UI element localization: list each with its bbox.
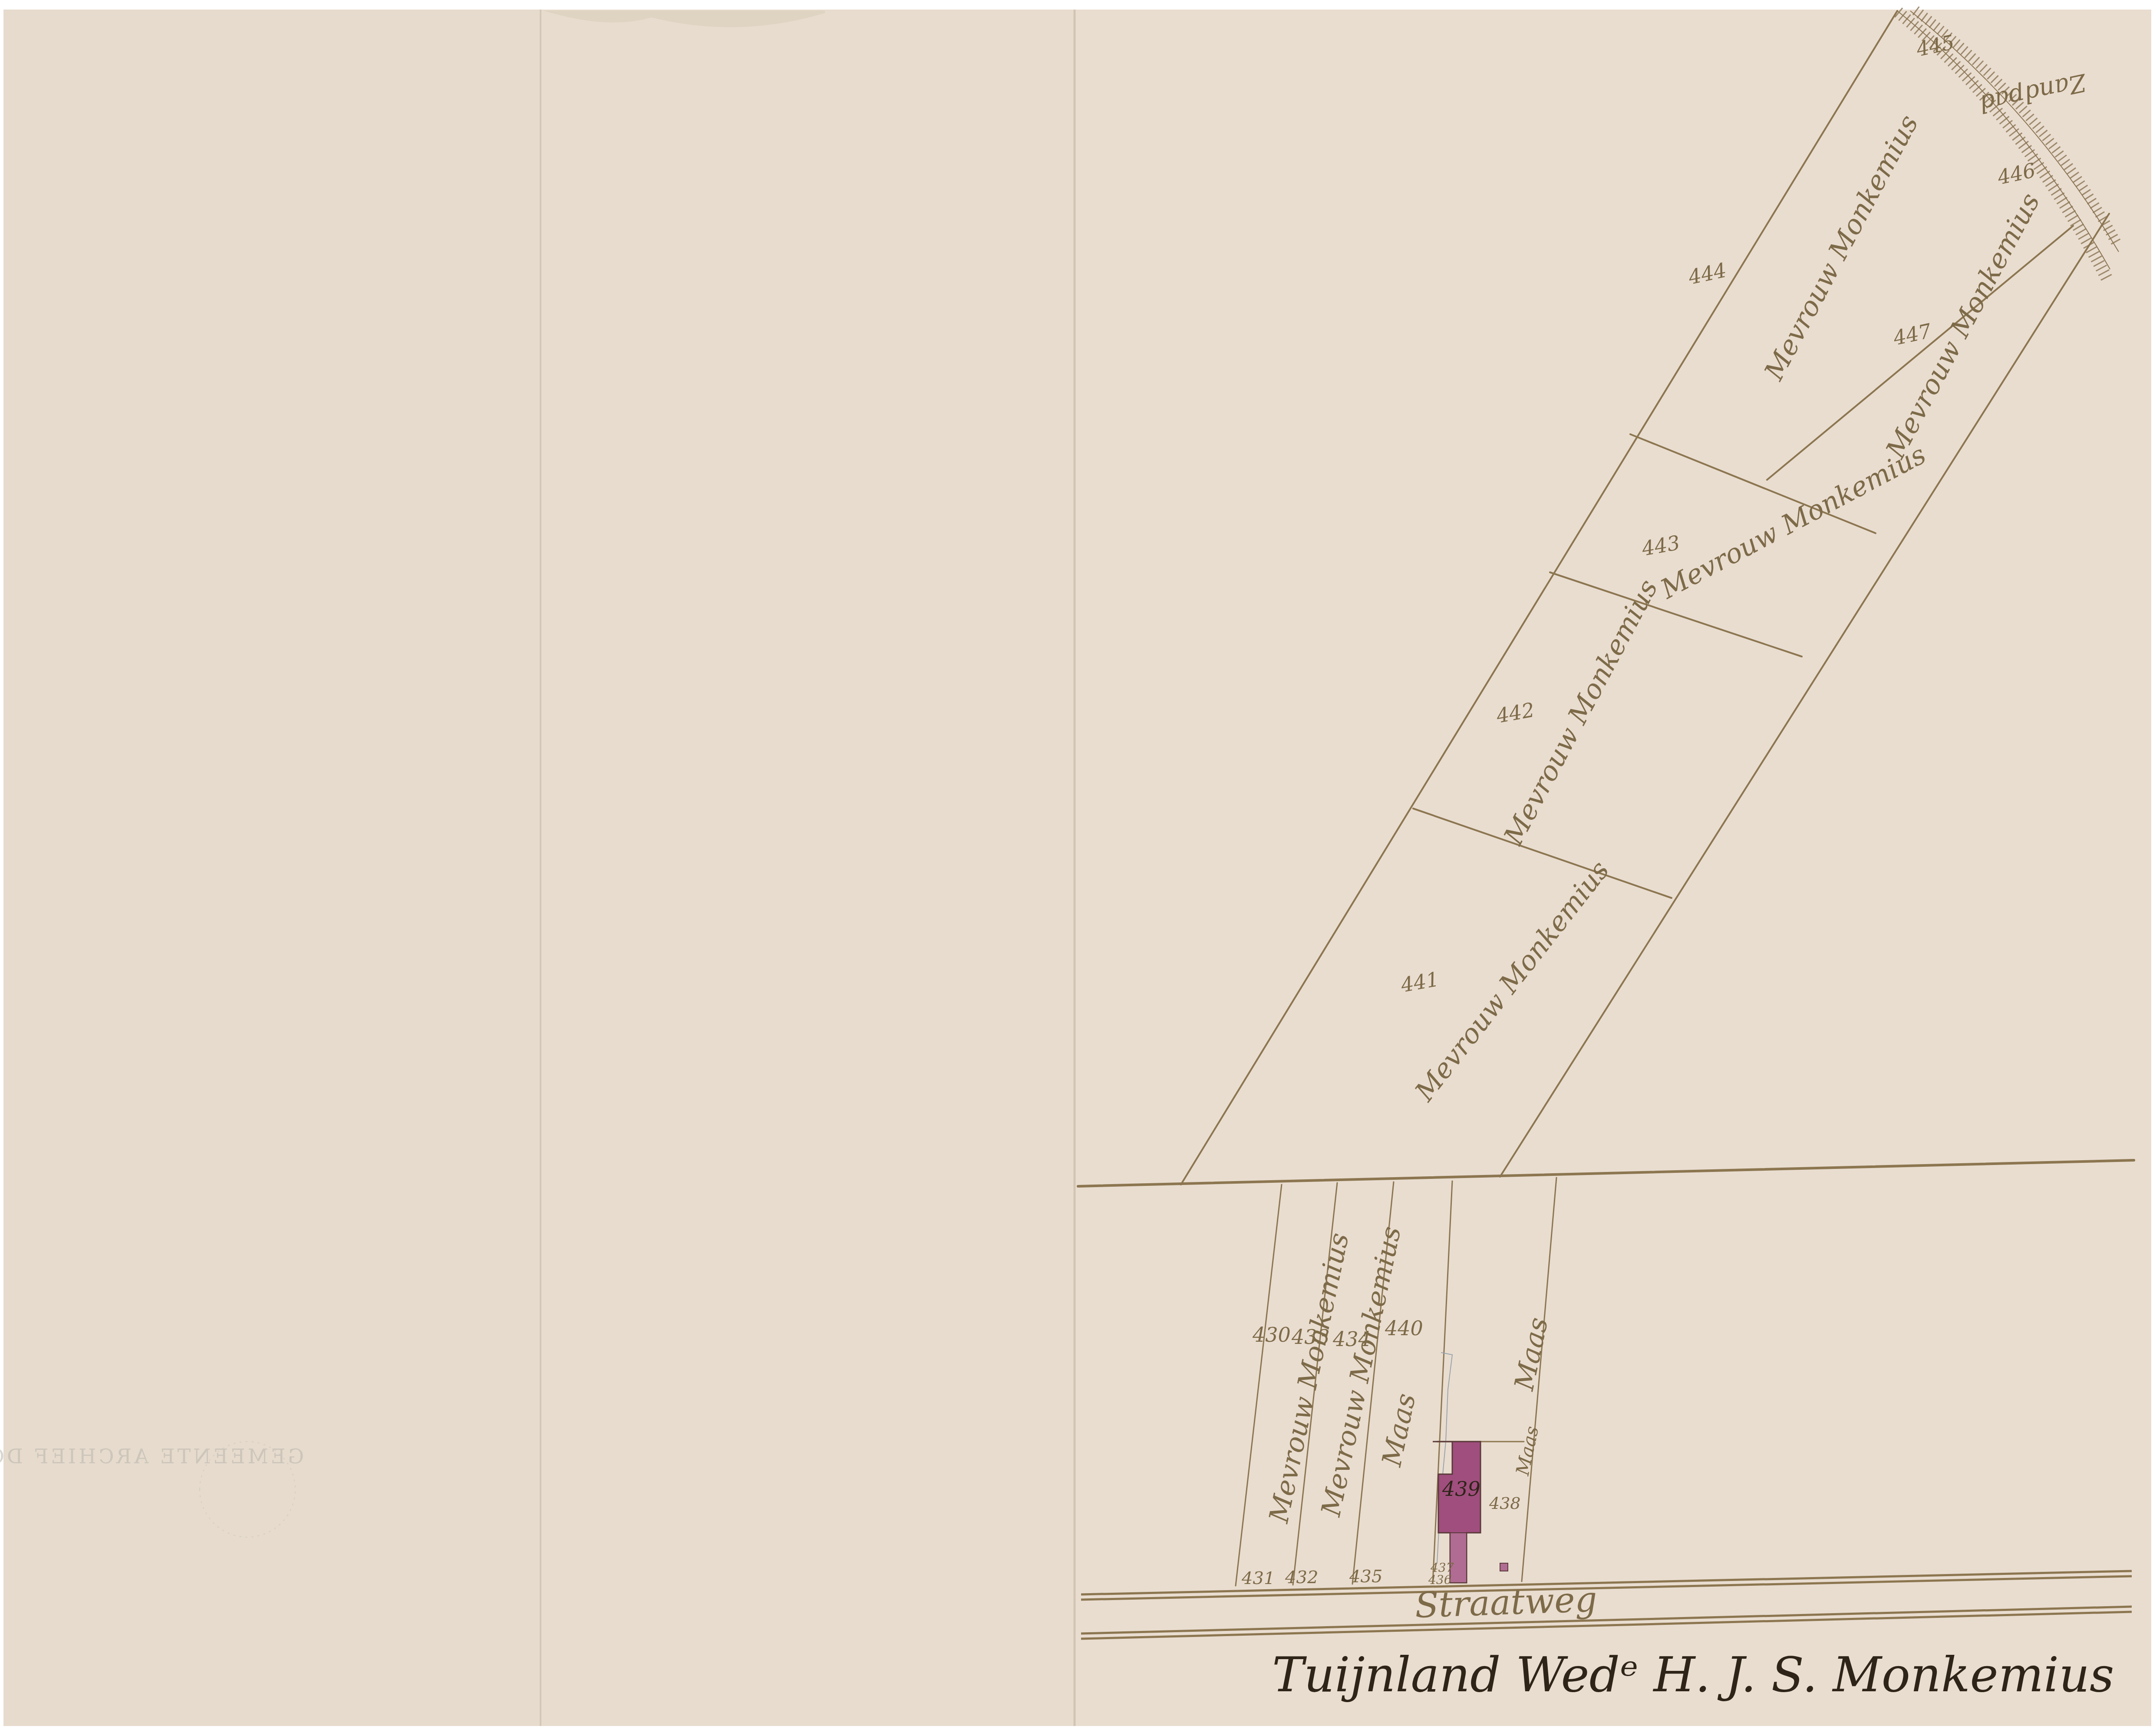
parcel-number: 439 (1442, 1477, 1480, 1501)
road-label: Straatweg (1414, 1579, 1598, 1626)
parcel-number: 431 (1241, 1568, 1275, 1588)
parcel-number: 435 (1349, 1567, 1382, 1587)
parcel-number: 434 (1332, 1327, 1371, 1351)
map-title: Tuijnland Wedᵉ H. J. S. Monkemius (1272, 1647, 2114, 1703)
parcel-number: 430 (1252, 1323, 1291, 1347)
parcel-number: 432 (1285, 1568, 1318, 1587)
parcel-number: 438 (1489, 1494, 1521, 1513)
paper-panel-left (3, 10, 541, 1726)
outbuilding (1500, 1563, 1508, 1571)
parcel-number: 440 (1385, 1317, 1423, 1340)
paper-panel-middle (541, 10, 1075, 1726)
parcel-number: 433 (1291, 1325, 1330, 1349)
cadastral-map-sheet: GEMEENTE ARCHIEF DORDRECHT (0, 0, 2153, 1736)
stamp-text: GEMEENTE ARCHIEF DORDRECHT (0, 1445, 304, 1468)
